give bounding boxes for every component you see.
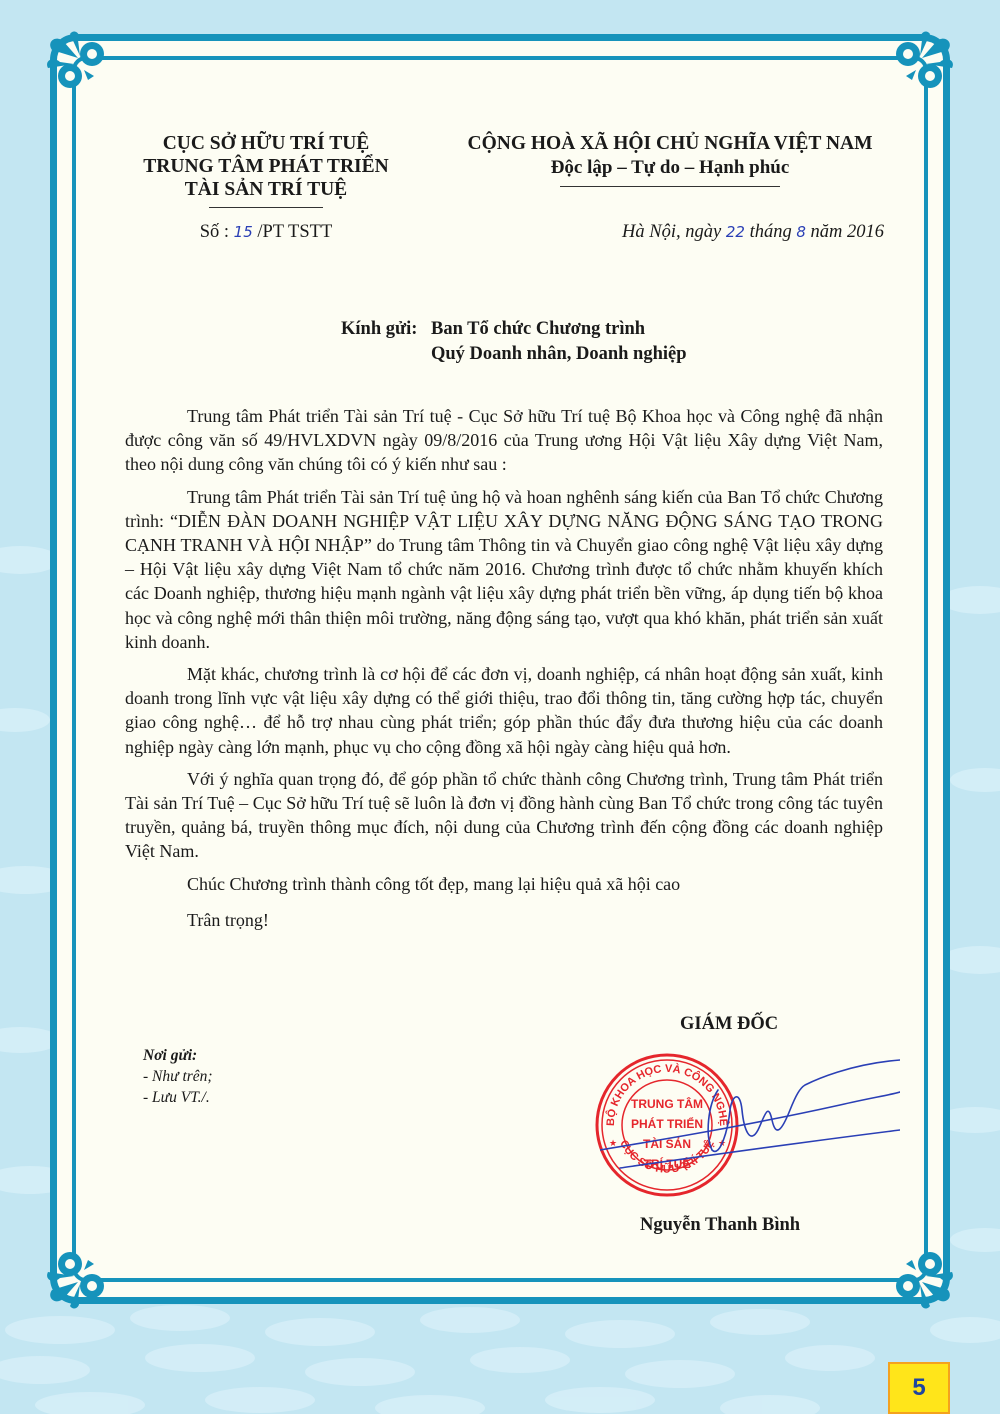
distribution-item: - Lưu VT./. <box>143 1087 213 1108</box>
body-paragraph: Mặt khác, chương trình là cơ hội để các … <box>125 662 883 759</box>
date-month-label: tháng <box>745 222 796 242</box>
body-paragraph: Trung tâm Phát triển Tài sản Trí tuệ - C… <box>125 404 883 477</box>
distribution-list: Nơi gửi: - Như trên; - Lưu VT./. <box>143 1045 213 1108</box>
date-line: Hà Nội, ngày 22 tháng 8 năm 2016 <box>622 222 884 243</box>
doc-number-handwritten: 15 <box>234 223 253 241</box>
nation-name: CỘNG HOÀ XÃ HỘI CHỦ NGHĨA VIỆT NAM <box>452 132 888 156</box>
corner-ornament-icon <box>44 28 134 118</box>
corner-ornament-icon <box>44 1222 134 1312</box>
org-underline <box>209 207 323 208</box>
corner-ornament-icon <box>866 1222 956 1312</box>
body-paragraph: Với ý nghĩa quan trọng đó, để góp phần t… <box>125 767 883 864</box>
issuing-organization: CỤC SỞ HỮU TRÍ TUỆ TRUNG TÂM PHÁT TRIỂN … <box>130 132 402 208</box>
signer-position: GIÁM ĐỐC <box>680 1014 778 1035</box>
national-motto: Độc lập – Tự do – Hạnh phúc <box>452 156 888 180</box>
recipient-line: Ban Tổ chức Chương trình <box>431 317 645 342</box>
date-month-handwritten: 8 <box>796 223 806 241</box>
document-number: Số : 15 /PT TSTT <box>130 222 402 243</box>
doc-number-suffix: /PT TSTT <box>253 222 333 242</box>
distribution-item: - Như trên; <box>143 1066 213 1087</box>
handwritten-signature-icon <box>600 1050 900 1190</box>
date-place: Hà Nội, ngày <box>622 222 726 242</box>
national-header: CỘNG HOÀ XÃ HỘI CHỦ NGHĨA VIỆT NAM Độc l… <box>452 132 888 187</box>
org-line: TRUNG TÂM PHÁT TRIỂN <box>130 155 402 178</box>
date-year: năm 2016 <box>806 222 884 242</box>
recipients-block: Kính gửi: Ban Tổ chức Chương trình Quý D… <box>341 317 687 367</box>
org-line: CỤC SỞ HỮU TRÍ TUỆ <box>130 132 402 155</box>
corner-ornament-icon <box>866 28 956 118</box>
body-paragraph: Trung tâm Phát triển Tài sản Trí tuệ ủng… <box>125 485 883 654</box>
recipient-line: Quý Doanh nhân, Doanh nghiệp <box>431 342 687 367</box>
motto-underline <box>560 186 780 187</box>
closing-regards: Trân trọng! <box>125 908 883 932</box>
org-line: TÀI SẢN TRÍ TUỆ <box>130 178 402 201</box>
signer-name: Nguyễn Thanh Bình <box>640 1215 800 1236</box>
letter-body: Trung tâm Phát triển Tài sản Trí tuệ - C… <box>125 404 883 944</box>
date-day-handwritten: 22 <box>726 223 745 241</box>
closing-wish: Chúc Chương trình thành công tốt đẹp, ma… <box>125 872 883 896</box>
recipients-label: Kính gửi: <box>341 317 431 342</box>
page-number-badge: 5 <box>888 1362 950 1414</box>
doc-number-prefix: Số : <box>200 222 234 242</box>
distribution-title: Nơi gửi: <box>143 1045 213 1066</box>
